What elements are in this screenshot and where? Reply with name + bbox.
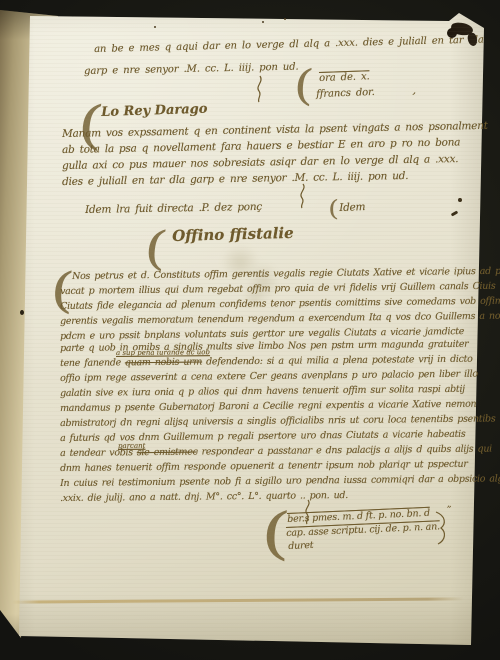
flourish-mark xyxy=(296,184,310,208)
side-note-line: ora de. x. xyxy=(319,71,370,84)
ink-speck xyxy=(458,198,462,202)
struck-segment: sie emistmec xyxy=(137,447,198,459)
ink-speck xyxy=(20,310,24,315)
ink-speck xyxy=(262,21,264,23)
ink-speck xyxy=(154,26,156,28)
closing-brace-flourish xyxy=(434,510,450,546)
manuscript-photo: an be e mes q aqui dar en lo verge dl al… xyxy=(0,0,500,660)
closing-note-line: duret xyxy=(288,540,314,552)
struck-segment: quam nobis urm xyxy=(125,357,202,369)
idem-bracket: ( xyxy=(328,199,339,221)
line-segment: a tendear vobis xyxy=(60,447,133,459)
ink-blot xyxy=(447,28,457,38)
line-segment: tene fanende xyxy=(60,357,121,369)
section-heading: Offino ffistalie xyxy=(172,224,294,245)
quote-pen-marks: ” xyxy=(446,505,452,516)
idem-label: Idem xyxy=(339,201,365,214)
flourish-mark xyxy=(253,76,267,102)
ink-speck xyxy=(284,18,286,20)
side-note-line: ffrancs dor. xyxy=(316,87,375,100)
side-note-bracket: ( xyxy=(292,64,315,107)
